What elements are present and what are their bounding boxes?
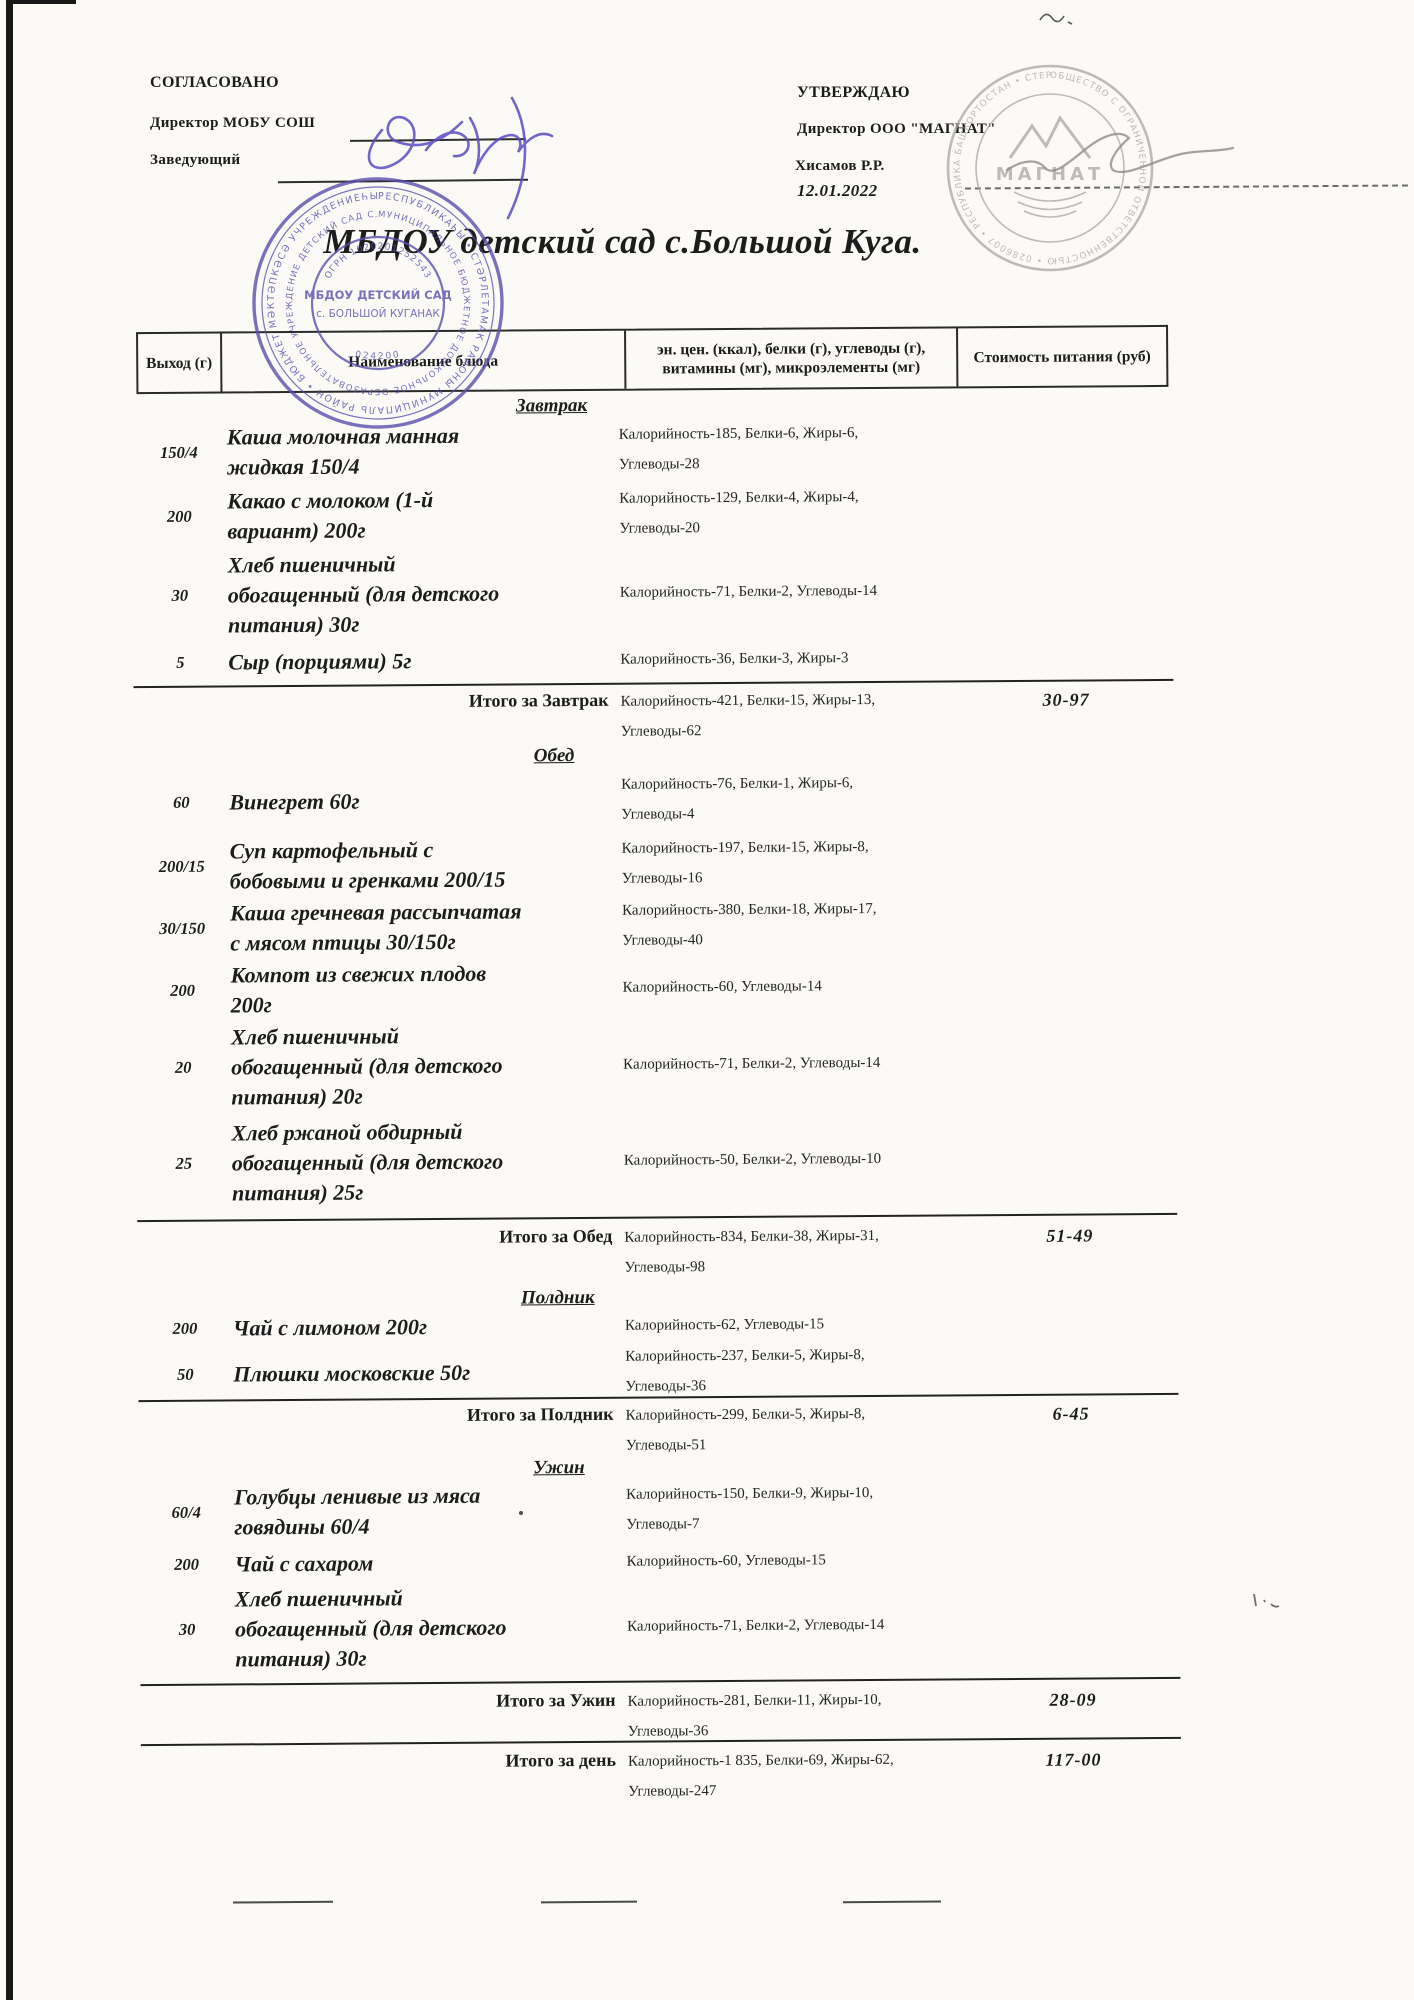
dish-nutrition: Калорийность-237, Белки-5, Жиры-8, Углев…: [625, 1339, 965, 1401]
dish-nutrition: Калорийность-71, Белки-2, Углеводы-14: [623, 1047, 963, 1079]
col-header-cost: Стоимость питания (руб): [958, 327, 1167, 386]
section-label-lunch: Обед: [354, 744, 754, 769]
dish-name: Хлеб ржаной обдирный обогащенный (для де…: [232, 1116, 653, 1209]
dish-qty: 50: [143, 1364, 227, 1385]
dish-name: Чай с лимоном 200г: [233, 1311, 653, 1344]
menu-row: 60 Винегрет 60г Калорийность-76, Белки-1…: [139, 765, 1171, 834]
scan-left-edge: [6, 0, 13, 2000]
dish-qty: 150/4: [137, 443, 221, 464]
total-nutrition: Калорийность-299, Белки-5, Жиры-8, Углев…: [626, 1398, 966, 1460]
dish-name: Какао с молоком (1-й вариант) 200г: [227, 484, 647, 547]
dish-qty: 30: [138, 586, 222, 607]
menu-row: 30 Хлеб пшеничный обогащенный (для детск…: [138, 543, 1171, 642]
section-label-breakfast: Завтрак: [351, 394, 751, 419]
dish-name: Хлеб пшеничный обогащенный (для детского…: [231, 1020, 652, 1113]
menu-row: 200 Компот из свежих плодов 200г Калорий…: [140, 953, 1172, 1022]
day-total-cost: 117-00: [969, 1749, 1178, 1771]
dish-nutrition: Калорийность-76, Белки-1, Жиры-6, Углево…: [621, 767, 961, 829]
dish-nutrition: Калорийность-60, Углеводы-15: [627, 1544, 967, 1576]
menu-row: 50 Плюшки московские 50г Калорийность-23…: [143, 1343, 1175, 1400]
dish-name: Хлеб пшеничный обогащенный (для детского…: [235, 1582, 656, 1675]
total-row-breakfast: Итого за Завтрак Калорийность-421, Белки…: [139, 683, 1171, 754]
menu-row: 200 Чай с сахаром Калорийность-60, Углев…: [145, 1541, 1177, 1582]
total-nutrition: Калорийность-421, Белки-15, Жиры-13, Угл…: [621, 684, 961, 746]
dish-name: Компот из свежих плодов 200г: [230, 958, 650, 1021]
dish-qty: 30: [145, 1619, 229, 1640]
dish-name: Суп картофельный с бобовыми и гренками 2…: [230, 834, 650, 897]
menu-row: 200/15 Суп картофельный с бобовыми и гре…: [140, 829, 1172, 898]
dish-nutrition: Калорийность-129, Белки-4, Жиры-4, Углев…: [619, 481, 959, 543]
section-label-dinner: Ужин: [359, 1456, 759, 1481]
dish-nutrition: Калорийность-185, Белки-6, Жиры-6, Углев…: [619, 417, 959, 479]
dish-name: Каша молочная манная жидкая 150/4: [227, 420, 647, 483]
dish-nutrition: Калорийность-60, Углеводы-14: [623, 970, 963, 1002]
table-header-row: Выход (г) Наименование блюда эн. цен. (к…: [136, 325, 1168, 394]
col-header-output: Выход (г): [138, 334, 222, 393]
day-total-row: Итого за день Калорийность-1 835, Белки-…: [146, 1743, 1178, 1814]
dish-name: Сыр (порциями) 5г: [228, 645, 648, 678]
section-label-snack: Полдник: [358, 1286, 758, 1311]
dish-name: Чай с сахаром: [235, 1547, 655, 1580]
dish-qty: 5: [138, 653, 222, 674]
menu-table: Выход (г) Наименование блюда эн. цен. (к…: [134, 0, 1180, 2000]
dish-name: Плюшки московские 50г: [233, 1357, 653, 1390]
dish-name: Хлеб пшеничный обогащенный (для детского…: [228, 548, 649, 641]
dish-qty: 200: [145, 1554, 229, 1575]
dish-nutrition: Калорийность-36, Белки-3, Жиры-3: [620, 642, 960, 674]
menu-row: 200 Какао с молоком (1-й вариант) 200г К…: [137, 479, 1169, 548]
dish-qty: 200/15: [140, 857, 224, 878]
dish-name: Голубцы ленивые из мяса говядины 60/4: [234, 1480, 654, 1543]
dish-qty: 60: [139, 793, 223, 814]
dish-qty: 30/150: [140, 919, 224, 940]
signature-short-line: [843, 1901, 941, 1904]
dish-nutrition: Калорийность-150, Белки-9, Жиры-10, Угле…: [626, 1477, 966, 1539]
dish-nutrition: Калорийность-380, Белки-18, Жиры-17, Угл…: [622, 893, 962, 955]
total-label: Итого за Завтрак: [279, 690, 609, 713]
dish-nutrition: Калорийность-62, Углеводы-15: [625, 1308, 965, 1340]
col-header-nutrition: эн. цен. (ккал), белки (г), углеводы (г)…: [626, 328, 958, 388]
dish-nutrition: Калорийность-71, Белки-2, Углеводы-14: [620, 575, 960, 607]
doc-title: МБДОУ детский сад с.Большой Куга.: [250, 222, 995, 262]
menu-row: 30 Хлеб пшеничный обогащенный (для детск…: [145, 1577, 1178, 1676]
total-label: Итого за Обед: [282, 1226, 612, 1249]
menu-row: 30/150 Каша гречневая рассыпчатая с мясо…: [140, 891, 1172, 960]
menu-row: 25 Хлеб ржаной обдирный обогащенный (для…: [142, 1111, 1175, 1210]
dish-name: Каша гречневая рассыпчатая с мясом птицы…: [230, 896, 650, 959]
signature-short-line: [233, 1901, 333, 1904]
total-label: Итого за Ужин: [286, 1690, 616, 1713]
dish-qty: 20: [141, 1058, 225, 1079]
total-cost: 28-09: [969, 1689, 1178, 1711]
menu-row: 150/4 Каша молочная манная жидкая 150/4 …: [137, 415, 1169, 484]
dish-qty: 200: [141, 981, 225, 1002]
dish-qty: 25: [142, 1154, 226, 1175]
dish-name: Винегрет 60г: [229, 785, 649, 818]
total-nutrition: Калорийность-834, Белки-38, Жиры-31, Угл…: [624, 1220, 964, 1282]
dish-qty: 200: [143, 1318, 227, 1339]
total-cost: 30-97: [962, 689, 1171, 711]
signature-short-line: [541, 1901, 637, 1904]
dish-nutrition: Калорийность-197, Белки-15, Жиры-8, Угле…: [622, 831, 962, 893]
menu-row: 60/4 Голубцы ленивые из мяса говядины 60…: [144, 1475, 1176, 1544]
total-nutrition: Калорийность-281, Белки-11, Жиры-10, Угл…: [627, 1684, 967, 1746]
menu-row: 5 Сыр (порциями) 5г Калорийность-36, Бел…: [138, 639, 1170, 680]
doc-page: СОГЛАСОВАНО Директор МОБУ СОШ Заведующий…: [0, 0, 1414, 2000]
dish-qty: 60/4: [144, 1502, 228, 1523]
total-cost: 51-49: [965, 1225, 1174, 1247]
total-label: Итого за Полдник: [284, 1404, 614, 1427]
day-total-label: Итого за день: [286, 1750, 616, 1773]
scan-top-edge: [6, 0, 76, 4]
dish-nutrition: Калорийность-50, Белки-2, Углеводы-10: [624, 1143, 964, 1175]
total-row-lunch: Итого за Обед Калорийность-834, Белки-38…: [142, 1219, 1174, 1290]
menu-row: 20 Хлеб пшеничный обогащенный (для детск…: [141, 1015, 1174, 1114]
scan-artifact: [1248, 1590, 1284, 1616]
col-header-dish: Наименование блюда: [222, 331, 627, 392]
dish-qty: 200: [137, 507, 221, 528]
day-total-nutrition: Калорийность-1 835, Белки-69, Жиры-62, У…: [628, 1744, 968, 1806]
total-cost: 6-45: [967, 1403, 1176, 1425]
dish-nutrition: Калорийность-71, Белки-2, Углеводы-14: [627, 1609, 967, 1641]
menu-row: 200 Чай с лимоном 200г Калорийность-62, …: [143, 1305, 1175, 1346]
